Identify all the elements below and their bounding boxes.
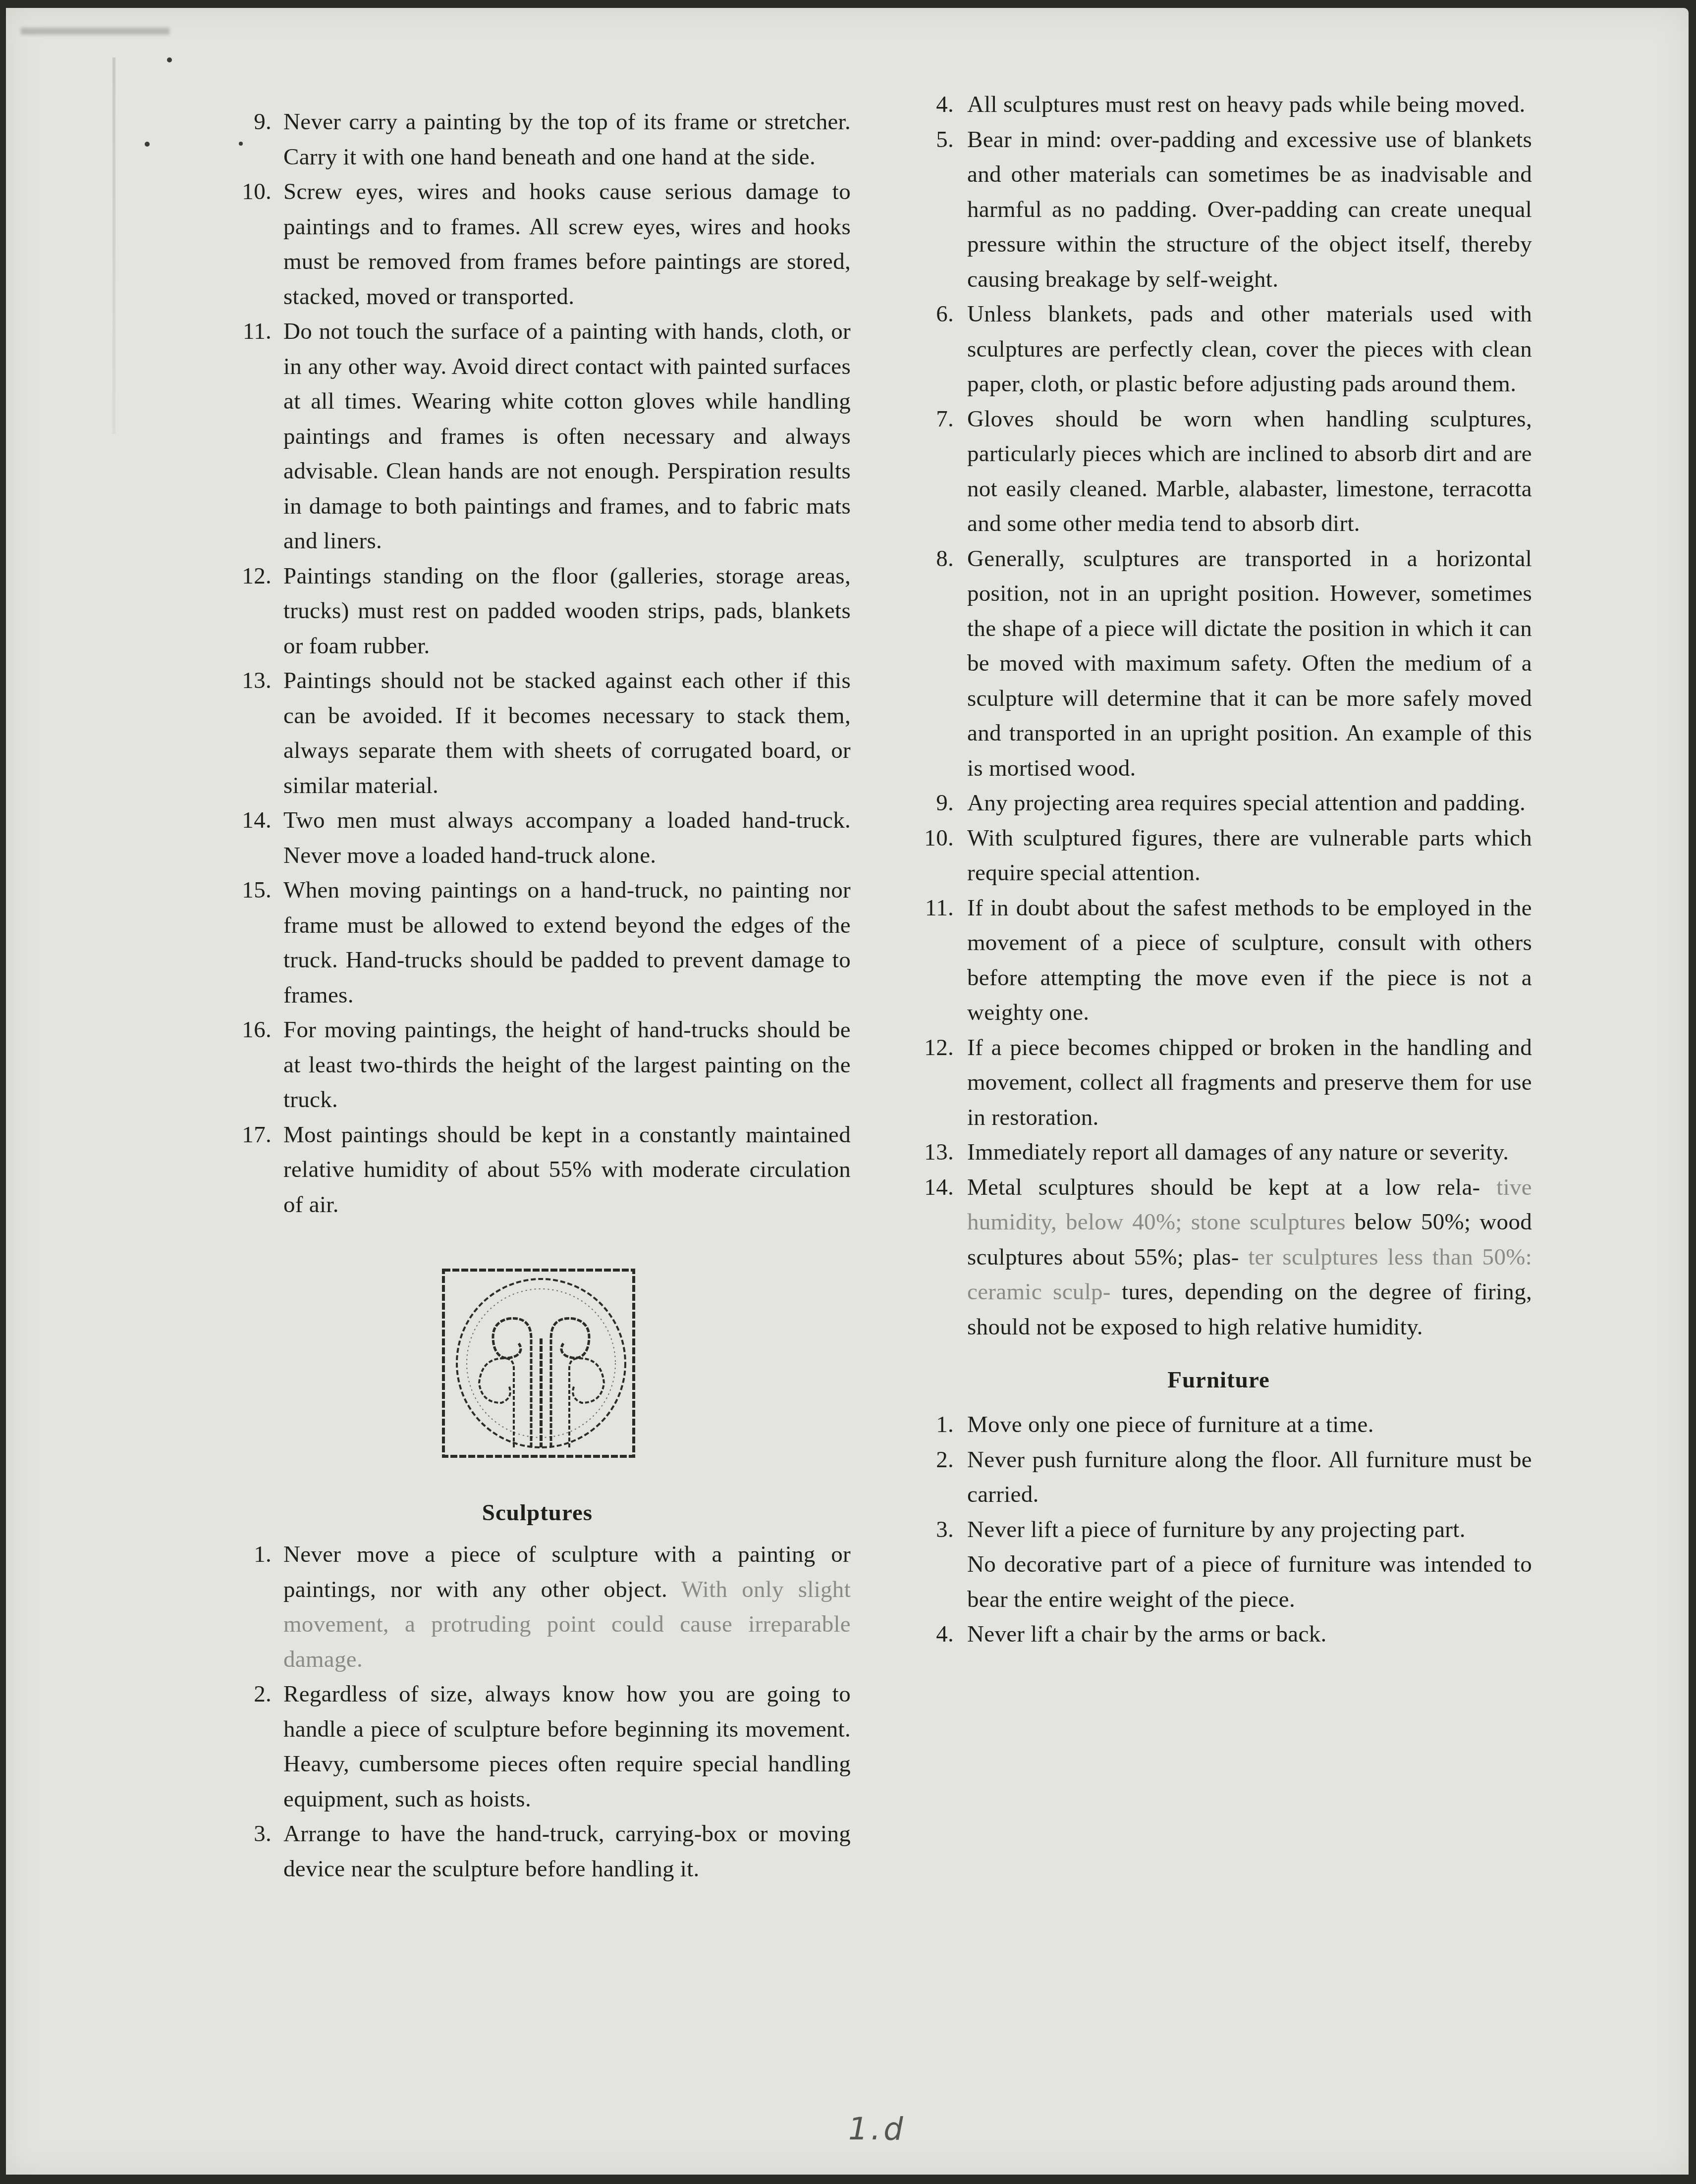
item-text: For moving paintings, the height of hand… [283, 1017, 851, 1113]
item-number: 1. [905, 1407, 954, 1442]
item-number: 2. [905, 1442, 954, 1478]
item-text: Move only one piece of furniture at a ti… [967, 1412, 1374, 1438]
item-text: With sculptured figures, there are vulne… [967, 825, 1532, 886]
item-number: 16. [224, 1012, 272, 1048]
item-number: 14. [224, 803, 272, 838]
item-number: 12. [905, 1030, 954, 1065]
left-column: 9.Never carry a painting by the top of i… [224, 105, 851, 1886]
furniture-list: 1.Move only one piece of furniture at a … [905, 1407, 1532, 1652]
item-text: All sculptures must rest on heavy pads w… [967, 92, 1526, 117]
list-item: 11.Do not touch the surface of a paintin… [224, 314, 851, 559]
item-number: 3. [224, 1816, 272, 1852]
list-item: 12.If a piece becomes chipped or broken … [905, 1030, 1532, 1135]
item-number: 4. [905, 87, 954, 122]
item-text: Immediately report all damages of any na… [967, 1139, 1509, 1165]
item-text: Generally, sculptures are transported in… [967, 546, 1532, 781]
list-item: 8.Generally, sculptures are transported … [905, 541, 1532, 786]
item-number: 8. [905, 541, 954, 577]
item-text: If a piece becomes chipped or broken in … [967, 1035, 1532, 1130]
item-extra-text: No decorative part of a piece of furnitu… [967, 1547, 1532, 1617]
item-number: 11. [224, 314, 272, 349]
item-number: 13. [905, 1135, 954, 1170]
item-number: 11. [905, 891, 954, 926]
list-item: 14.Metal sculptures should be kept at a … [905, 1170, 1532, 1345]
item-text: Two men must always accompany a loaded h… [283, 807, 851, 868]
list-item: 16.For moving paintings, the height of h… [224, 1012, 851, 1118]
item-number: 1. [224, 1537, 272, 1572]
item-text: When moving paintings on a hand-truck, n… [283, 877, 851, 1008]
item-text: If in doubt about the safest methods to … [967, 895, 1532, 1026]
punch-hole-icon [167, 57, 172, 62]
item-number: 13. [224, 663, 272, 698]
fold-mark [112, 57, 115, 434]
item-text: Paintings should not be stacked against … [283, 668, 851, 799]
list-item: 10.Screw eyes, wires and hooks cause ser… [224, 174, 851, 314]
item-number: 9. [224, 105, 272, 140]
item-number: 7. [905, 402, 954, 437]
list-item: 2.Regardless of size, always know how yo… [224, 1677, 851, 1816]
list-item: 17.Most paintings should be kept in a co… [224, 1118, 851, 1223]
sculptures-list-part-1: 1.Never move a piece of sculpture with a… [224, 1537, 851, 1886]
list-item: 4.All sculptures must rest on heavy pads… [905, 87, 1532, 122]
item-number: 3. [905, 1512, 954, 1547]
sculptures-heading: Sculptures [224, 1499, 851, 1526]
document-page: 9.Never carry a painting by the top of i… [6, 8, 1689, 2175]
handwritten-page-mark: 1.d [848, 2111, 906, 2147]
item-text: Never lift a chair by the arms or back. [967, 1621, 1327, 1647]
item-number: 6. [905, 297, 954, 332]
paintings-list: 9.Never carry a painting by the top of i… [224, 105, 851, 1222]
item-text: Metal sculptures should be kept at a low… [967, 1174, 1480, 1200]
item-text: Never push furniture along the floor. Al… [967, 1447, 1532, 1508]
item-number: 17. [224, 1118, 272, 1153]
list-item: 3.Arrange to have the hand-truck, carryi… [224, 1816, 851, 1886]
sculptures-list-part-2: 4.All sculptures must rest on heavy pads… [905, 87, 1532, 1344]
punch-hole-icon [145, 142, 150, 147]
item-number: 10. [224, 174, 272, 210]
list-item: 15.When moving paintings on a hand-truck… [224, 873, 851, 1012]
list-item: 7.Gloves should be worn when handling sc… [905, 402, 1532, 541]
item-text: Never carry a painting by the top of its… [283, 109, 851, 170]
item-text: Unless blankets, pads and other material… [967, 301, 1532, 397]
list-item: 2.Never push furniture along the floor. … [905, 1442, 1532, 1512]
list-item: 9.Never carry a painting by the top of i… [224, 105, 851, 174]
item-text: Bear in mind: over-padding and excessive… [967, 127, 1532, 292]
item-number: 10. [905, 821, 954, 856]
item-text: Most paintings should be kept in a const… [283, 1122, 851, 1218]
list-item: 6.Unless blankets, pads and other materi… [905, 297, 1532, 402]
list-item: 1.Move only one piece of furniture at a … [905, 1407, 1532, 1442]
list-item: 4.Never lift a chair by the arms or back… [905, 1617, 1532, 1652]
item-number: 14. [905, 1170, 954, 1205]
list-item: 13.Immediately report all damages of any… [905, 1135, 1532, 1170]
item-text: Screw eyes, wires and hooks cause seriou… [283, 179, 851, 310]
item-number: 4. [905, 1617, 954, 1652]
item-text: Do not touch the surface of a painting w… [283, 319, 851, 554]
list-item: 12.Paintings standing on the floor (gall… [224, 559, 851, 664]
item-text: Never lift a piece of furniture by any p… [967, 1517, 1466, 1543]
item-number: 9. [905, 786, 954, 821]
item-text: Regardless of size, always know how you … [283, 1681, 851, 1812]
item-number: 12. [224, 559, 272, 594]
item-text: Paintings standing on the floor (galleri… [283, 563, 851, 659]
list-item: 11.If in doubt about the safest methods … [905, 891, 1532, 1030]
list-item: 13.Paintings should not be stacked again… [224, 663, 851, 803]
item-number: 15. [224, 873, 272, 908]
item-text: Any projecting area requires special att… [967, 790, 1526, 816]
pencil-smudge [21, 28, 169, 35]
list-item: 5.Bear in mind: over-padding and excessi… [905, 122, 1532, 297]
list-item: 10.With sculptured figures, there are vu… [905, 821, 1532, 891]
list-item: 3.Never lift a piece of furniture by any… [905, 1512, 1532, 1617]
item-number: 2. [224, 1677, 272, 1712]
ionic-capital-ornament-icon [439, 1264, 638, 1462]
list-item: 1.Never move a piece of sculpture with a… [224, 1537, 851, 1677]
list-item: 14.Two men must always accompany a loade… [224, 803, 851, 873]
item-number: 5. [905, 122, 954, 158]
list-item: 9.Any projecting area requires special a… [905, 786, 1532, 821]
item-text: Gloves should be worn when handling scul… [967, 406, 1532, 537]
right-column: 4.All sculptures must rest on heavy pads… [905, 87, 1532, 1652]
item-text: Arrange to have the hand-truck, carrying… [283, 1821, 851, 1882]
furniture-heading: Furniture [905, 1367, 1532, 1393]
